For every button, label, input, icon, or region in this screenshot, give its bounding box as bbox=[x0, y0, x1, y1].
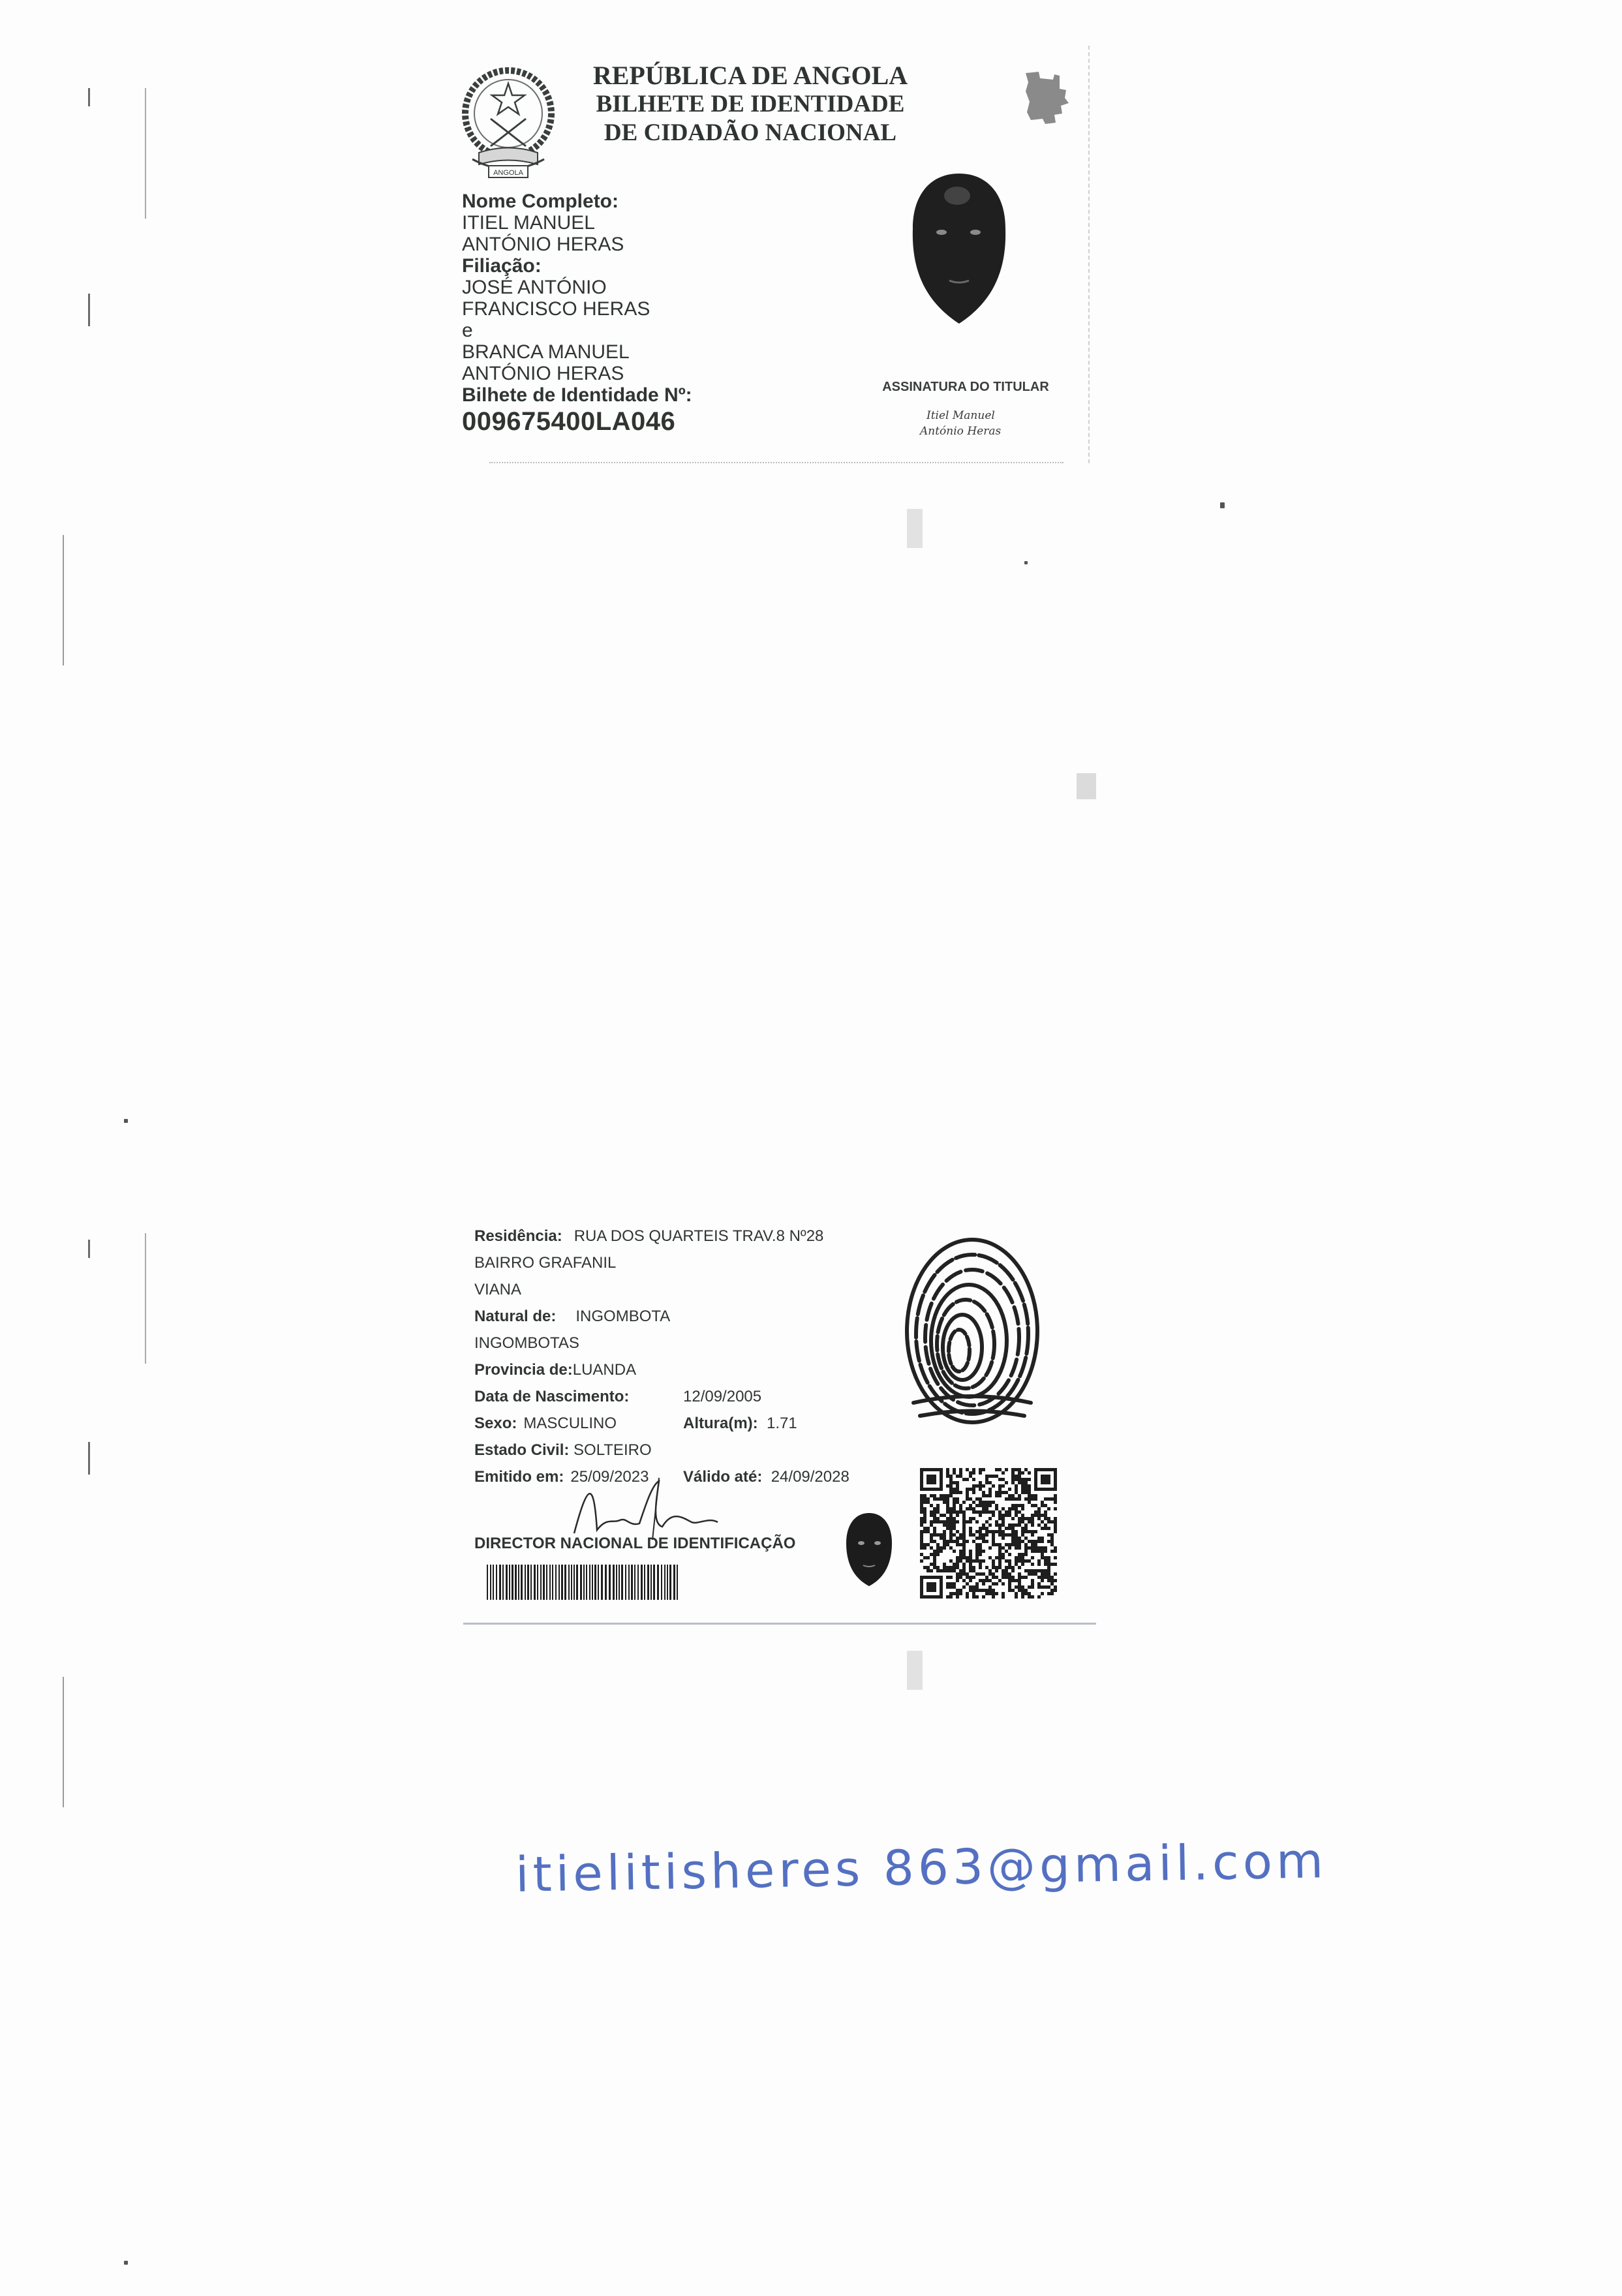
birthplace-label: Natural de: bbox=[474, 1303, 556, 1330]
province-value: LUANDA bbox=[573, 1356, 636, 1383]
scan-artifact bbox=[63, 535, 64, 666]
director-signature bbox=[568, 1471, 724, 1543]
province-row: Provincia de: LUANDA bbox=[474, 1356, 823, 1383]
sex-label: Sexo: bbox=[474, 1410, 517, 1437]
marital-row: Estado Civil: SOLTEIRO bbox=[474, 1437, 823, 1463]
card-title: REPÚBLICA DE ANGOLA BILHETE DE IDENTIDAD… bbox=[568, 61, 933, 147]
residence-value: BAIRRO GRAFANIL bbox=[474, 1249, 616, 1276]
id-card-back: Residência: RUA DOS QUARTEIS TRAV.8 Nº28… bbox=[463, 1214, 1096, 1625]
height-value: 1.71 bbox=[767, 1415, 797, 1432]
height-label: Altura(m): bbox=[683, 1415, 758, 1432]
card-edge bbox=[463, 1623, 1096, 1625]
document-title: BILHETE DE IDENTIDADE bbox=[568, 90, 933, 119]
father-name: FRANCISCO HERAS bbox=[462, 298, 692, 320]
handwritten-email: itielitisheres 863@gmail.com bbox=[515, 1833, 1327, 1903]
director-label: DIRECTOR NACIONAL DE IDENTIFICAÇÃO bbox=[474, 1535, 795, 1553]
id-number: 009675400LA046 bbox=[462, 411, 692, 433]
residence-value: VIANA bbox=[474, 1276, 521, 1303]
birthplace-value: INGOMBOTA bbox=[575, 1303, 670, 1330]
signature-label: ASSINATURA DO TITULAR bbox=[874, 380, 1057, 395]
mother-name: BRANCA MANUEL bbox=[462, 341, 692, 363]
province-label: Provincia de: bbox=[474, 1356, 573, 1383]
scan-artifact bbox=[1024, 561, 1028, 564]
scan-artifact bbox=[145, 1233, 146, 1364]
fingerprint-icon bbox=[900, 1227, 1044, 1429]
scan-artifact bbox=[88, 1442, 90, 1475]
marital-value: SOLTEIRO bbox=[574, 1437, 652, 1463]
residence-row: BAIRRO GRAFANIL bbox=[474, 1249, 823, 1276]
residence-row: VIANA bbox=[474, 1276, 823, 1303]
issued-label: Emitido em: bbox=[474, 1463, 564, 1490]
id-number-label: Bilhete de Identidade Nº: bbox=[462, 384, 692, 406]
scan-artifact bbox=[1220, 502, 1225, 508]
scan-artifact bbox=[1077, 773, 1096, 799]
full-name-label: Nome Completo: bbox=[462, 191, 692, 212]
birthplace-row: INGOMBOTAS bbox=[474, 1330, 823, 1356]
document-subtitle: DE CIDADÃO NACIONAL bbox=[568, 119, 933, 147]
card-edge bbox=[489, 462, 1063, 463]
scan-artifact bbox=[145, 88, 146, 219]
svg-text:ANGOLA: ANGOLA bbox=[493, 169, 524, 177]
sex-height-row: Sexo: MASCULINO Altura(m): 1.71 bbox=[474, 1410, 823, 1437]
valid-value: 24/09/2028 bbox=[771, 1468, 849, 1486]
mother-name: ANTÓNIO HERAS bbox=[462, 363, 692, 384]
residence-row: Residência: RUA DOS QUARTEIS TRAV.8 Nº28 bbox=[474, 1223, 823, 1249]
scan-artifact bbox=[88, 1240, 90, 1258]
birthplace-value: INGOMBOTAS bbox=[474, 1330, 579, 1356]
id-card-front: ANGOLA REPÚBLICA DE ANGOLA BILHETE DE ID… bbox=[431, 46, 1090, 463]
country-name: REPÚBLICA DE ANGOLA bbox=[568, 61, 933, 90]
full-name-line: ANTÓNIO HERAS bbox=[462, 234, 692, 255]
holder-signature: Itiel Manuel António Heras bbox=[900, 403, 1044, 442]
birthdate-value: 12/09/2005 bbox=[683, 1383, 761, 1410]
residence-label: Residência: bbox=[474, 1223, 562, 1249]
holder-photo bbox=[910, 170, 1008, 326]
birthdate-row: Data de Nascimento: 12/09/2005 bbox=[474, 1383, 823, 1410]
scan-artifact bbox=[124, 1119, 128, 1123]
residence-value: RUA DOS QUARTEIS TRAV.8 Nº28 bbox=[574, 1223, 824, 1249]
scan-artifact bbox=[88, 88, 90, 106]
scan-artifact bbox=[88, 294, 90, 326]
coat-of-arms-icon: ANGOLA bbox=[453, 61, 564, 185]
holder-details: Nome Completo: ITIEL MANUEL ANTÓNIO HERA… bbox=[462, 191, 692, 433]
angola-map-icon bbox=[1019, 67, 1071, 132]
scan-artifact bbox=[124, 2261, 128, 2265]
card-edge bbox=[1088, 46, 1090, 463]
svg-text:Itiel Manuel: Itiel Manuel bbox=[926, 409, 995, 422]
barcode-icon bbox=[487, 1565, 680, 1600]
marital-label: Estado Civil: bbox=[474, 1437, 569, 1463]
father-name: JOSÉ ANTÓNIO bbox=[462, 277, 692, 298]
qr-code-icon bbox=[920, 1468, 1057, 1599]
holder-details-back: Residência: RUA DOS QUARTEIS TRAV.8 Nº28… bbox=[474, 1223, 823, 1490]
birthdate-label: Data de Nascimento: bbox=[474, 1383, 629, 1410]
scan-artifact bbox=[907, 1651, 923, 1690]
svg-text:António Heras: António Heras bbox=[919, 425, 1001, 438]
full-name-line: ITIEL MANUEL bbox=[462, 212, 692, 234]
birthplace-row: Natural de: INGOMBOTA bbox=[474, 1303, 823, 1330]
parents-label: Filiação: bbox=[462, 255, 692, 277]
scan-artifact bbox=[907, 509, 923, 548]
holder-photo-small bbox=[845, 1510, 893, 1590]
sex-value: MASCULINO bbox=[523, 1410, 617, 1437]
parents-conjunction: e bbox=[462, 320, 692, 341]
scan-artifact bbox=[63, 1677, 64, 1807]
height-field: Altura(m): 1.71 bbox=[683, 1410, 797, 1437]
